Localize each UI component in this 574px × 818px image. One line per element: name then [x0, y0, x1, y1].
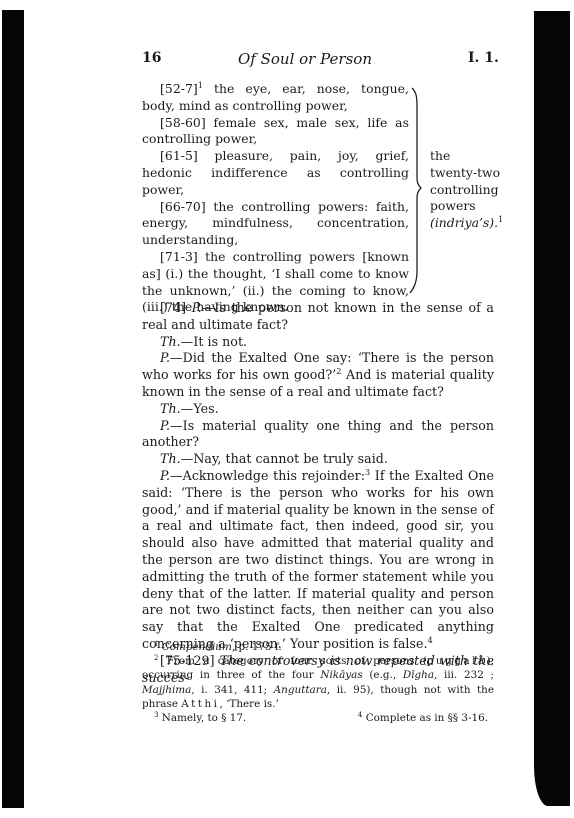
dialogue-line: Th.—Nay, that cannot be truly said.: [142, 451, 494, 468]
margin-note: the twenty-two controlling powers (indri…: [430, 148, 510, 232]
list-item: [52-7]1 the eye, ear, nose, tongue, body…: [142, 81, 409, 115]
margin-line: (indriya’s).1: [430, 215, 510, 232]
section-number: I. 1.: [468, 50, 499, 66]
footnote-1: 1 Compendium, p. 175 f.: [142, 640, 494, 654]
footnotes-3-4: 3 Namely, to § 17. 4 Complete as in §§ 3…: [142, 711, 494, 725]
speaker: P.: [160, 468, 170, 483]
footnote-3: 3 Namely, to § 17.: [154, 711, 246, 725]
footnote-4: 4 Complete as in §§ 3-16.: [358, 711, 488, 725]
list-item: [61-5] pleasure, pain, joy, grief, hedon…: [142, 148, 409, 198]
dialogue-line: [74] P.—Is the person not known in the s…: [142, 300, 494, 334]
footnote-marker: 1: [498, 215, 503, 224]
list-item: [58-60] female sex, male sex, life as co…: [142, 115, 409, 149]
list-item: [66-70] the controlling powers: faith, e…: [142, 199, 409, 249]
dialogue-text: [74] P.—Is the person not known in the s…: [142, 300, 494, 686]
margin-line: controlling: [430, 182, 510, 199]
speaker: P.: [160, 418, 170, 433]
dialogue-line: Th.—It is not.: [142, 334, 494, 351]
dialogue-line: P.—Acknowledge this rejoinder:3 If the E…: [142, 468, 494, 653]
margin-line: twenty-two: [430, 165, 510, 182]
curly-brace-icon: [408, 86, 428, 296]
margin-line: powers: [430, 198, 510, 215]
speaker: Th.: [160, 334, 181, 349]
footnote-2: 2 From a category of four sorts of perso…: [142, 654, 494, 711]
dialogue-line: P.—Is material quality one thing and the…: [142, 418, 494, 452]
margin-line: the: [430, 148, 510, 165]
dialogue-line: Th.—Yes.: [142, 401, 494, 418]
indriya-list: [52-7]1 the eye, ear, nose, tongue, body…: [142, 81, 409, 316]
footnotes: 1 Compendium, p. 175 f. 2 From a categor…: [142, 640, 494, 725]
book-page: 16 Of Soul or Person I. 1. [52-7]1 the e…: [0, 0, 574, 818]
dialogue-line: P.—Did the Exalted One say: ‘There is th…: [142, 350, 494, 400]
speaker: Th.: [160, 401, 181, 416]
speaker: P.: [160, 350, 170, 365]
speaker: P.: [192, 300, 202, 315]
speaker: Th.: [160, 451, 181, 466]
